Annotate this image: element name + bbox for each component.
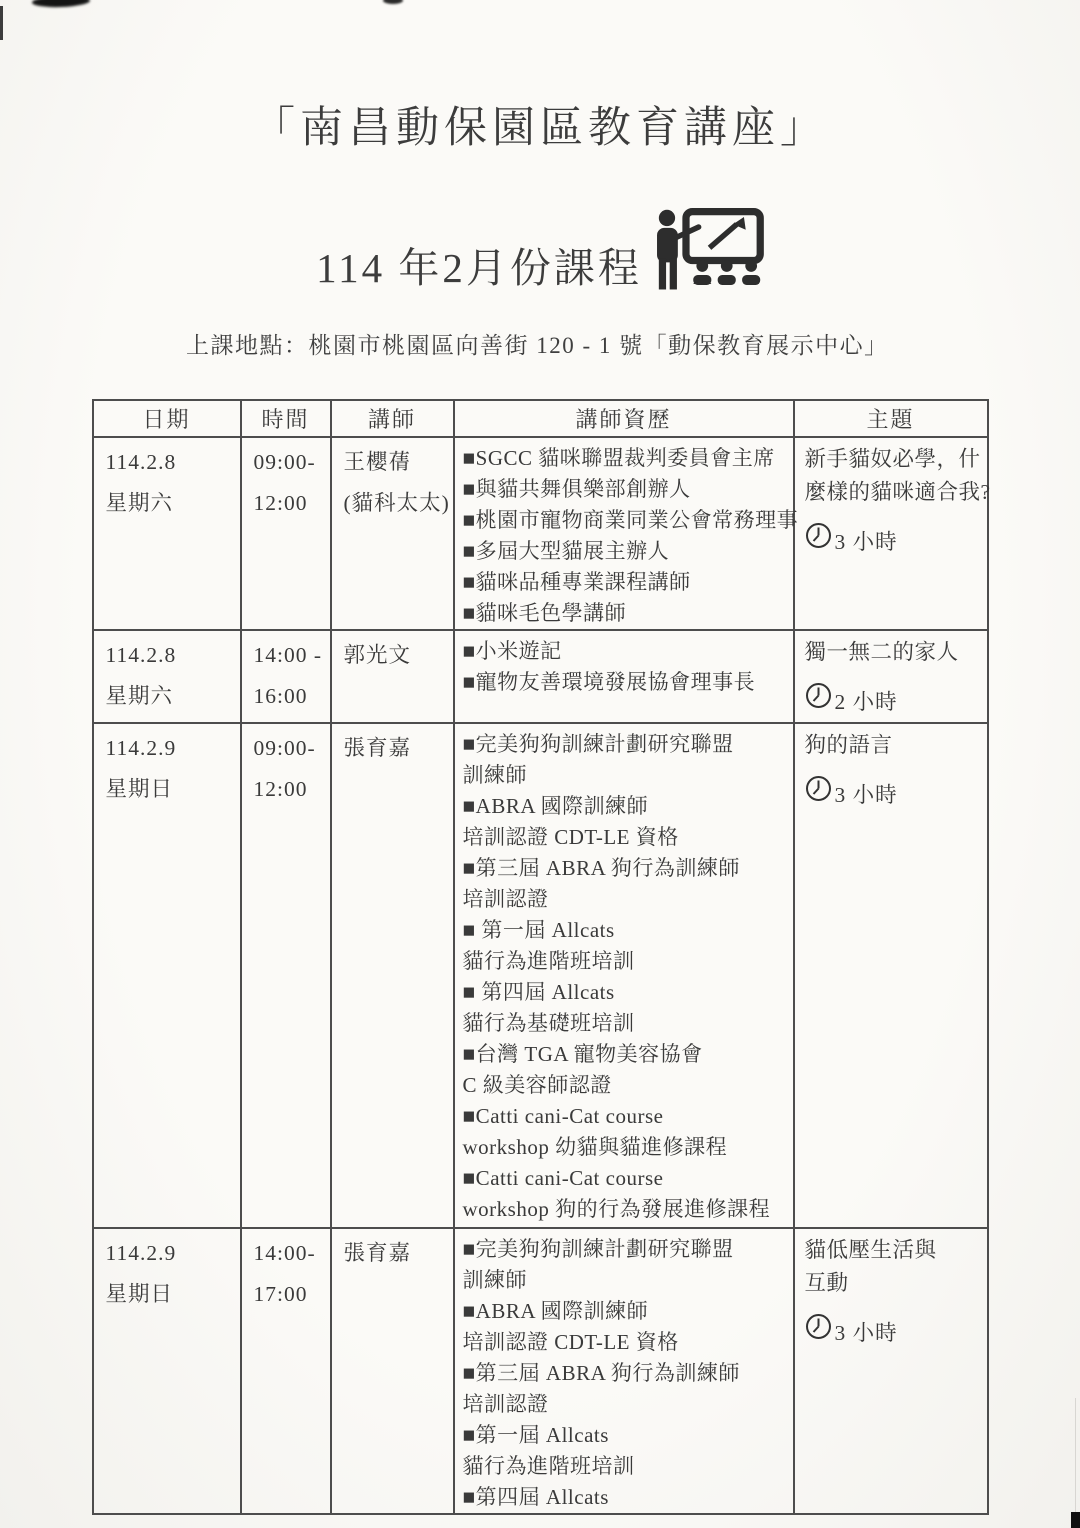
- topic-cell: 新手貓奴必學，什麼樣的貓咪適合我? 3 小時: [794, 437, 988, 630]
- duration-text: 3 小時: [835, 530, 898, 554]
- credential-line: 培訓認證 CDT-LE 資格: [463, 1327, 789, 1358]
- lecturer-name: 張育嘉: [344, 728, 447, 769]
- header-date: 日期: [93, 400, 241, 437]
- credential-line: ■ 第一屆 Allcats: [463, 915, 789, 946]
- topic-lines: 貓低壓生活與互動: [805, 1234, 983, 1300]
- topic-line: 獨一無二的家人: [805, 636, 983, 669]
- scanned-document-page: 「南昌動保園區教育講座」 114 年2月份課程: [0, 0, 1080, 1528]
- time-end: 12:00: [254, 769, 324, 810]
- header-credentials: 講師資歷: [454, 400, 794, 437]
- credential-line: ■寵物友善環境發展協會理事長: [463, 667, 789, 698]
- credential-line: ■第一屆 Allcats: [463, 1420, 789, 1451]
- credential-line: ■桃園市寵物商業同業公會常務理事: [463, 505, 789, 536]
- date-value: 114.2.9: [106, 728, 234, 769]
- weekday-value: 星期日: [106, 1274, 234, 1315]
- location-value: 桃園市桃園區向善街 120 - 1 號「動保教育展示中心」: [309, 333, 889, 358]
- time-end: 16:00: [254, 676, 324, 717]
- document-subtitle: 114 年2月份課程: [316, 241, 642, 295]
- topic-line: 麼樣的貓咪適合我?: [805, 476, 983, 509]
- weekday-value: 星期六: [106, 483, 234, 524]
- duration-text: 3 小時: [835, 1321, 898, 1345]
- topic-lines: 獨一無二的家人: [805, 636, 983, 669]
- date-cell: 114.2.8 星期六: [93, 630, 241, 723]
- duration-text: 2 小時: [835, 690, 898, 714]
- duration-row: 2 小時: [805, 682, 983, 714]
- lecturer-cell: 郭光文: [331, 630, 454, 723]
- topic-line: 貓低壓生活與: [805, 1234, 983, 1267]
- scan-artifact-edge: [0, 6, 3, 40]
- credential-line: ■Catti cani-Cat course: [463, 1163, 789, 1194]
- credential-line: ■貓咪品種專業課程講師: [463, 567, 789, 598]
- credentials-cell: ■完美狗狗訓練計劃研究聯盟訓練師■ABRA 國際訓練師培訓認證 CDT-LE 資…: [454, 723, 794, 1228]
- lecturer-cell: 張育嘉: [331, 1228, 454, 1514]
- lecturer-name: 郭光文: [344, 635, 447, 676]
- credential-line: ■第三屆 ABRA 狗行為訓練師: [463, 1358, 789, 1389]
- duration-row: 3 小時: [805, 522, 983, 554]
- duration-row: 3 小時: [805, 1313, 983, 1345]
- scan-artifact-smudge: [383, 0, 403, 4]
- weekday-value: 星期六: [106, 676, 234, 717]
- date-cell: 114.2.8 星期六: [93, 437, 241, 630]
- time-cell: 14:00 - 16:00: [241, 630, 331, 723]
- clock-icon: [805, 522, 832, 554]
- table-row: 114.2.9 星期日 09:00- 12:00 張育嘉 ■完美狗狗訓練計劃研究…: [93, 723, 988, 1228]
- date-cell: 114.2.9 星期日: [93, 723, 241, 1228]
- topic-line: 狗的語言: [805, 729, 983, 762]
- credential-line: ■Catti cani-Cat course: [463, 1101, 789, 1132]
- table-header-row: 日期 時間 講師 講師資歷 主題: [93, 400, 988, 437]
- credential-line: workshop 狗的行為發展進修課程: [463, 1194, 789, 1225]
- credential-line: 培訓認證: [463, 1389, 789, 1420]
- credential-line: 貓行為基礎班培訓: [463, 1008, 789, 1039]
- date-value: 114.2.8: [106, 635, 234, 676]
- time-cell: 14:00- 17:00: [241, 1228, 331, 1514]
- lecturer-name: 王櫻蒨: [344, 442, 447, 483]
- credential-line: 貓行為進階班培訓: [463, 946, 789, 977]
- scan-artifact-edge: [1075, 1398, 1076, 1520]
- topic-line: 互動: [805, 1267, 983, 1300]
- credential-line: workshop 幼貓與貓進修課程: [463, 1132, 789, 1163]
- date-value: 114.2.8: [106, 442, 234, 483]
- credential-line: 貓行為進階班培訓: [463, 1451, 789, 1482]
- table-row: 114.2.8 星期六 14:00 - 16:00 郭光文 ■小米遊記■寵物友善…: [93, 630, 988, 723]
- scan-artifact-smudge: [32, 0, 90, 8]
- credential-line: 培訓認證: [463, 884, 789, 915]
- credential-line: 培訓認證 CDT-LE 資格: [463, 822, 789, 853]
- location-label: 上課地點：: [186, 333, 309, 358]
- credential-line: ■與貓共舞俱樂部創辦人: [463, 474, 789, 505]
- credential-line: ■多屆大型貓展主辦人: [463, 536, 789, 567]
- credential-line: ■貓咪毛色學講師: [463, 598, 789, 629]
- lecturer-note: (貓科太太): [344, 483, 447, 524]
- credential-line: ■ABRA 國際訓練師: [463, 791, 789, 822]
- duration-row: 3 小時: [805, 775, 983, 807]
- time-cell: 09:00- 12:00: [241, 437, 331, 630]
- lecturer-cell: 張育嘉: [331, 723, 454, 1228]
- lecturer-name: 張育嘉: [344, 1233, 447, 1274]
- topic-cell: 狗的語言 3 小時: [794, 723, 988, 1228]
- document-subtitle-row: 114 年2月份課程: [0, 207, 1080, 295]
- topic-cell: 獨一無二的家人 2 小時: [794, 630, 988, 723]
- table-row: 114.2.9 星期日 14:00- 17:00 張育嘉 ■完美狗狗訓練計劃研究…: [93, 1228, 988, 1514]
- weekday-value: 星期日: [106, 769, 234, 810]
- credential-line: ■完美狗狗訓練計劃研究聯盟: [463, 729, 789, 760]
- location-line: 上課地點：桃園市桃園區向善街 120 - 1 號「動保教育展示中心」: [186, 327, 1080, 360]
- date-value: 114.2.9: [106, 1233, 234, 1274]
- topic-line: 新手貓奴必學，什: [805, 443, 983, 476]
- credential-line: ■ABRA 國際訓練師: [463, 1296, 789, 1327]
- duration-text: 3 小時: [835, 783, 898, 807]
- credential-line: C 級美容師認證: [463, 1070, 789, 1101]
- lecturer-cell: 王櫻蒨 (貓科太太): [331, 437, 454, 630]
- time-start: 09:00-: [254, 728, 324, 769]
- credential-line: ■小米遊記: [463, 636, 789, 667]
- credentials-cell: ■完美狗狗訓練計劃研究聯盟訓練師■ABRA 國際訓練師培訓認證 CDT-LE 資…: [454, 1228, 794, 1514]
- time-start: 14:00-: [254, 1233, 324, 1274]
- topic-lines: 新手貓奴必學，什麼樣的貓咪適合我?: [805, 443, 983, 509]
- credential-line: 訓練師: [463, 760, 789, 791]
- header-time: 時間: [241, 400, 331, 437]
- time-start: 09:00-: [254, 442, 324, 483]
- course-schedule-table: 日期 時間 講師 講師資歷 主題 114.2.8 星期六 09:00- 12:0…: [92, 399, 989, 1515]
- credential-line: ■第四屆 Allcats: [463, 1482, 789, 1513]
- clock-icon: [805, 682, 832, 714]
- header-lecturer: 講師: [331, 400, 454, 437]
- topic-cell: 貓低壓生活與互動 3 小時: [794, 1228, 988, 1514]
- document-title: 「南昌動保園區教育講座」: [0, 94, 1080, 155]
- time-cell: 09:00- 12:00: [241, 723, 331, 1228]
- time-start: 14:00 -: [254, 635, 324, 676]
- credential-line: ■完美狗狗訓練計劃研究聯盟: [463, 1234, 789, 1265]
- topic-lines: 狗的語言: [805, 729, 983, 762]
- credentials-cell: ■SGCC 貓咪聯盟裁判委員會主席■與貓共舞俱樂部創辦人■桃園市寵物商業同業公會…: [454, 437, 794, 630]
- credential-line: ■第三屆 ABRA 狗行為訓練師: [463, 853, 789, 884]
- header-topic: 主題: [794, 400, 988, 437]
- clock-icon: [805, 1313, 832, 1345]
- credential-line: ■台灣 TGA 寵物美容協會: [463, 1039, 789, 1070]
- scan-artifact-edge: [1071, 1512, 1080, 1528]
- table-row: 114.2.8 星期六 09:00- 12:00 王櫻蒨 (貓科太太) ■SGC…: [93, 437, 988, 630]
- credential-line: 訓練師: [463, 1265, 789, 1296]
- clock-icon: [805, 775, 832, 807]
- credential-line: ■SGCC 貓咪聯盟裁判委員會主席: [463, 443, 789, 474]
- time-end: 17:00: [254, 1274, 324, 1315]
- credentials-cell: ■小米遊記■寵物友善環境發展協會理事長: [454, 630, 794, 723]
- credential-line: ■ 第四屆 Allcats: [463, 977, 789, 1008]
- time-end: 12:00: [254, 483, 324, 524]
- date-cell: 114.2.9 星期日: [93, 1228, 241, 1514]
- presenter-whiteboard-icon: [646, 208, 764, 299]
